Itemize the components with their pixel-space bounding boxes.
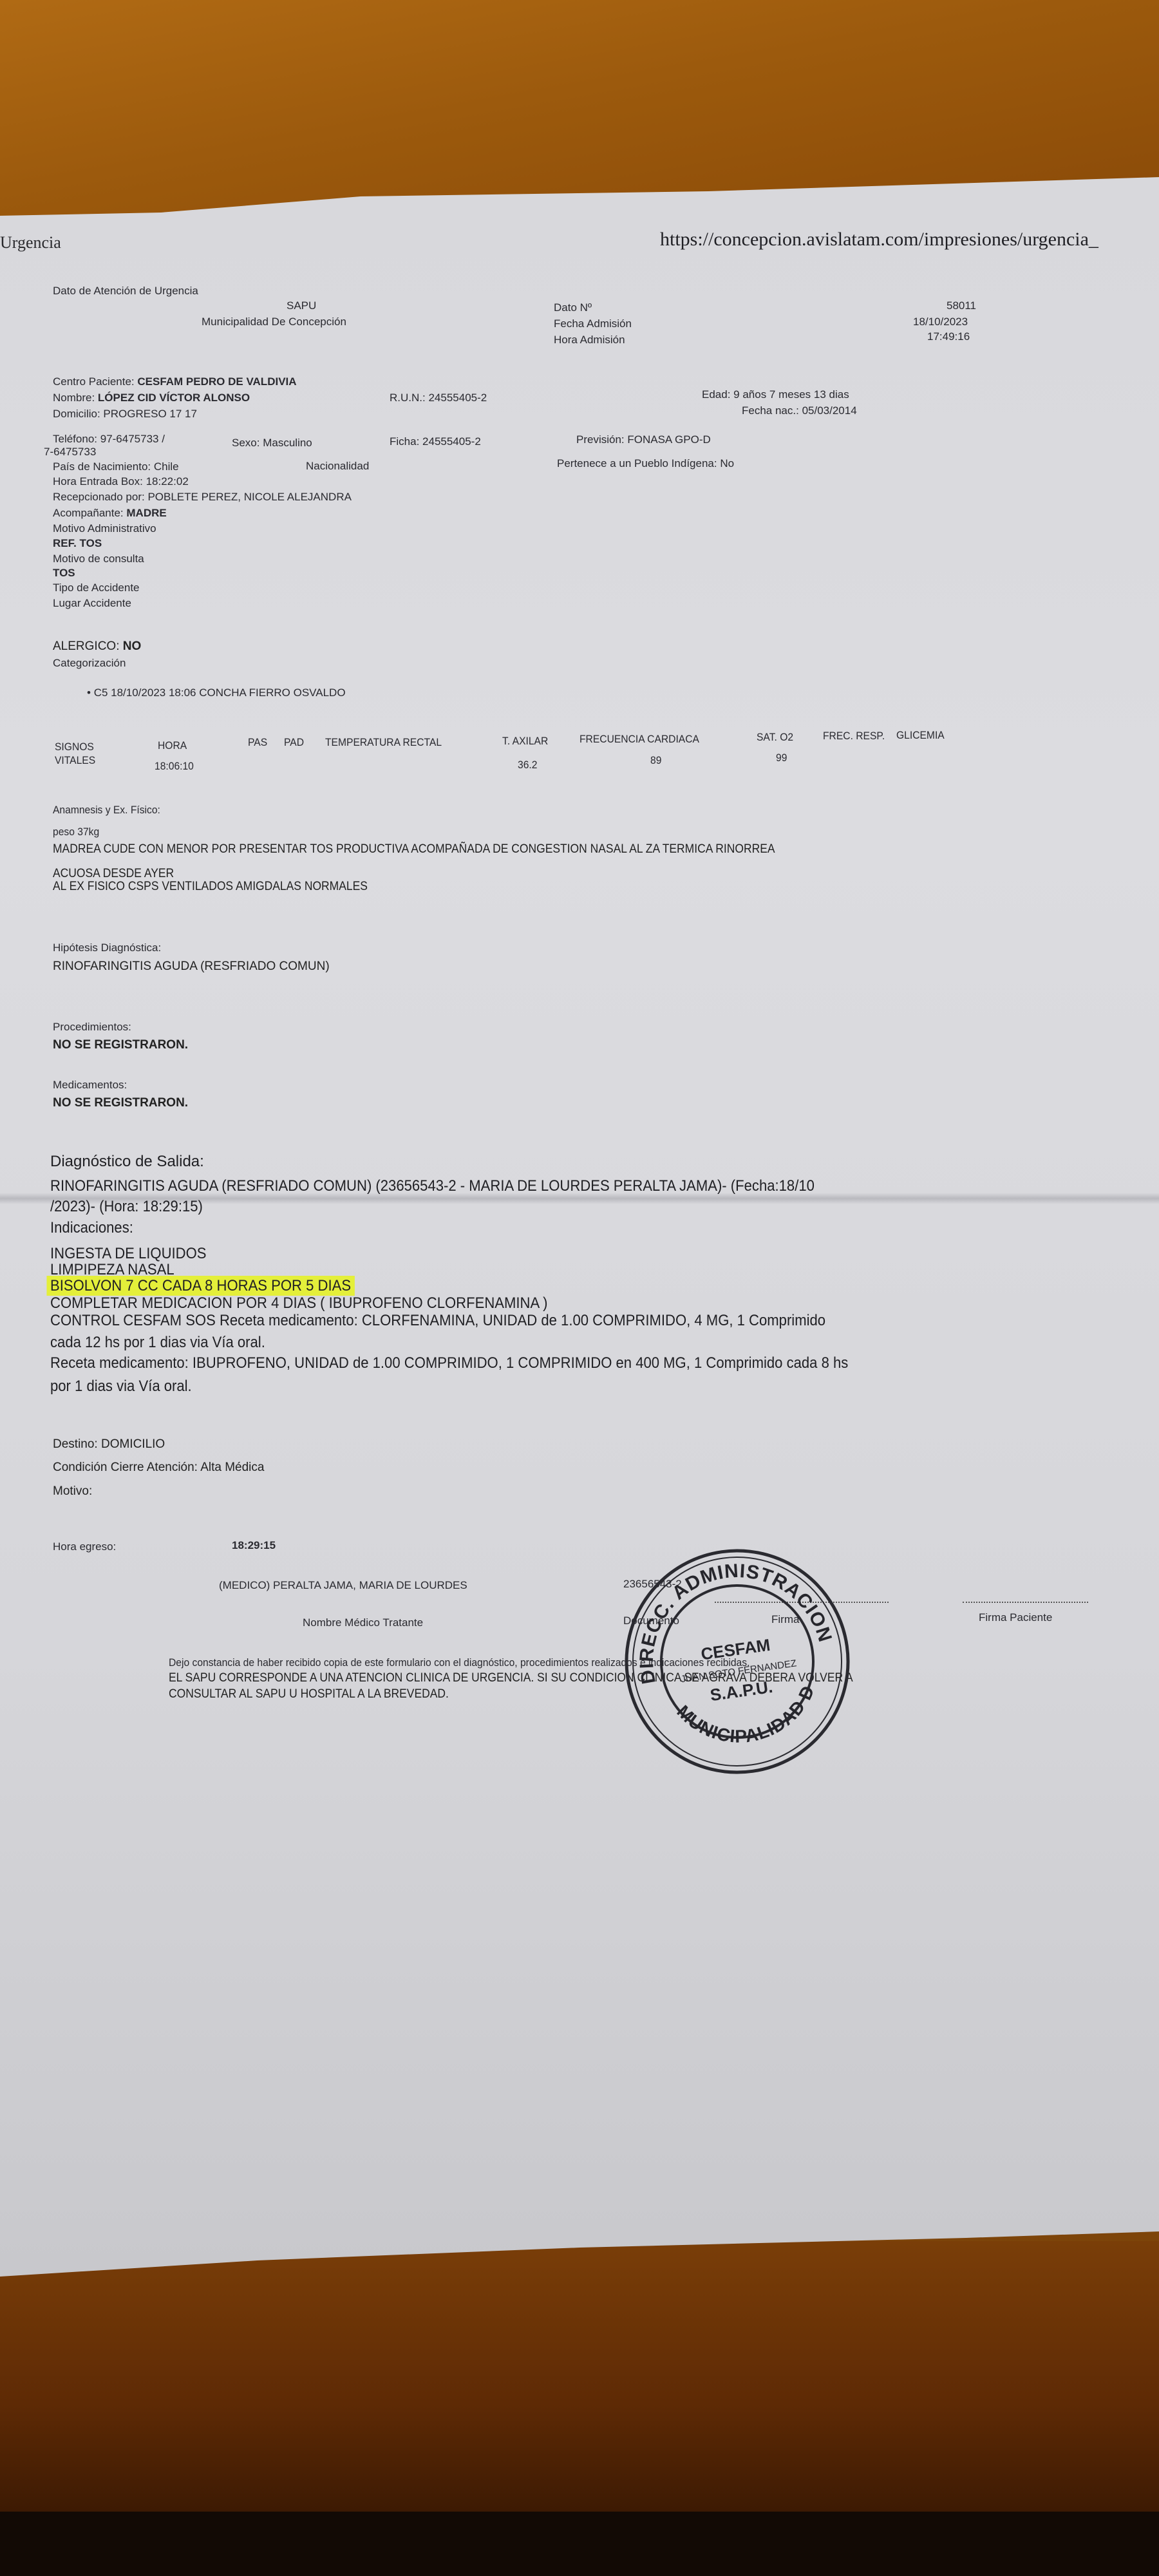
- pueblo-row: Pertenece a un Pueblo Indígena: No: [557, 457, 734, 470]
- dato-no-value: 58011: [947, 299, 976, 312]
- lugar-accidente-label: Lugar Accidente: [53, 597, 131, 610]
- vitals-col-frec-cardiaca: FRECUENCIA CARDIACA: [579, 733, 699, 746]
- motivo-admin-value: REF. TOS: [53, 537, 102, 550]
- fecha-admision-value: 18/10/2023: [913, 316, 968, 328]
- centro-row: Centro Paciente: CESFAM PEDRO DE VALDIVI…: [53, 375, 297, 388]
- condicion-cierre: Condición Cierre Atención: Alta Médica: [53, 1461, 264, 1475]
- ficha-value: 24555405-2: [422, 435, 481, 448]
- vitals-value-hora: 18:06:10: [155, 760, 194, 773]
- telefono-value-2: 7-6475733: [44, 446, 96, 459]
- vitals-label-2: VITALES: [55, 754, 95, 767]
- vitals-value-t-axilar: 36.2: [518, 759, 537, 772]
- motivo-admin-label: Motivo Administrativo: [53, 522, 156, 535]
- pais-value: Chile: [154, 460, 179, 473]
- vitals-col-pas: PAS: [248, 736, 267, 749]
- domicilio-row: Domicilio: PROGRESO 17 17: [53, 408, 197, 421]
- hora-box-row: Hora Entrada Box: 18:22:02: [53, 475, 189, 488]
- medico-tratante-name: (MEDICO) PERALTA JAMA, MARIA DE LOURDES: [219, 1579, 467, 1592]
- fecha-admision-label: Fecha Admisión: [554, 317, 632, 330]
- stamp-center-1: CESFAM: [700, 1635, 771, 1664]
- vitals-col-sat-o2: SAT. O2: [757, 731, 793, 744]
- tipo-accidente-label: Tipo de Accidente: [53, 582, 140, 594]
- indicacion-line-highlighted: BISOLVON 7 CC CADA 8 HORAS POR 5 DIAS: [50, 1277, 355, 1295]
- prevision-value: FONASA GPO-D: [627, 433, 710, 446]
- stamp-center-3: S.A.P.U.: [709, 1677, 774, 1705]
- firma-paciente-label: Firma Paciente: [979, 1611, 1052, 1624]
- destino: Destino: DOMICILIO: [53, 1437, 165, 1452]
- vitals-value-sat-o2: 99: [776, 752, 787, 764]
- municipality-name: Municipalidad De Concepción: [202, 316, 346, 328]
- indicaciones-label: Indicaciones:: [50, 1219, 133, 1237]
- vitals-col-frec-resp: FREC. RESP.: [823, 730, 885, 743]
- sexo-value: Masculino: [263, 437, 312, 449]
- anamnesis-line-2: ACUOSA DESDE AYER: [53, 867, 174, 881]
- vitals-label-1: SIGNOS: [55, 741, 94, 753]
- vitals-col-t-axilar: T. AXILAR: [502, 735, 548, 748]
- alergico-value: NO: [123, 639, 142, 653]
- anamnesis-line-1: MADREA CUDE CON MENOR POR PRESENTAR TOS …: [53, 842, 775, 857]
- hora-admision-value: 17:49:16: [927, 330, 970, 343]
- diagnostico-salida-line-2: /2023)- (Hora: 18:29:15): [50, 1198, 203, 1216]
- alergico-row: ALERGICO: NO: [53, 639, 141, 654]
- sexo-row: Sexo: Masculino: [232, 437, 312, 450]
- document: Urgencia https://concepcion.avislatam.co…: [0, 0, 1159, 2576]
- medicamentos-value: NO SE REGISTRARON.: [53, 1096, 188, 1110]
- recepcionado-row: Recepcionado por: POBLETE PEREZ, NICOLE …: [53, 491, 352, 504]
- highlighter-mark: BISOLVON 7 CC CADA 8 HORAS POR 5 DIAS: [46, 1276, 354, 1296]
- indicacion-line: COMPLETAR MEDICACION POR 4 DIAS ( IBUPRO…: [50, 1294, 547, 1312]
- recepcionado-value: POBLETE PEREZ, NICOLE ALEJANDRA: [147, 491, 351, 503]
- official-stamp: DIRECC. ADMINISTRACION DE SALUD MUNICIPA…: [618, 1542, 856, 1781]
- indicacion-line: CONTROL CESFAM SOS Receta medicamento: C…: [50, 1312, 825, 1330]
- indicacion-line: por 1 dias via Vía oral.: [50, 1378, 192, 1396]
- edad-value: 9 años 7 meses 13 dias: [733, 388, 849, 401]
- hipotesis-label: Hipótesis Diagnóstica:: [53, 942, 161, 954]
- ficha-row: Ficha: 24555405-2: [390, 435, 481, 448]
- pais-row: País de Nacimiento: Chile: [53, 460, 179, 473]
- bullet-icon: •: [87, 687, 91, 699]
- fecha-nac-value: 05/03/2014: [802, 404, 857, 417]
- firma-paciente-signature-line: [963, 1602, 1088, 1603]
- telefono-value-1: 97-6475733 /: [100, 433, 165, 445]
- nombre-row: Nombre: LÓPEZ CID VÍCTOR ALONSO: [53, 392, 250, 404]
- indicacion-line: cada 12 hs por 1 dias via Vía oral.: [50, 1334, 265, 1352]
- procedimientos-value: NO SE REGISTRARON.: [53, 1038, 188, 1052]
- disclaimer-line-3: CONSULTAR AL SAPU U HOSPITAL A LA BREVED…: [169, 1687, 449, 1701]
- motivo-consulta-value: TOS: [53, 567, 75, 580]
- nombre-medico-label: Nombre Médico Tratante: [303, 1616, 423, 1629]
- hora-egreso-value: 18:29:15: [232, 1539, 276, 1552]
- acompanante-value: MADRE: [126, 507, 166, 519]
- telefono-row: Teléfono: 97-6475733 /: [53, 433, 165, 446]
- prevision-row: Previsión: FONASA GPO-D: [576, 433, 711, 446]
- hora-egreso-label: Hora egreso:: [53, 1540, 116, 1553]
- vitals-col-glicemia: GLICEMIA: [896, 729, 945, 742]
- motivo-cierre: Motivo:: [53, 1484, 92, 1499]
- categorizacion-entry: • C5 18/10/2023 18:06 CONCHA FIERRO OSVA…: [87, 687, 346, 699]
- run-row: R.U.N.: 24555405-2: [390, 392, 487, 404]
- hipotesis-value: RINOFARINGITIS AGUDA (RESFRIADO COMUN): [53, 960, 330, 974]
- pueblo-value: No: [720, 457, 734, 469]
- hora-admision-label: Hora Admisión: [554, 334, 625, 346]
- anamnesis-peso: peso 37kg: [53, 826, 99, 838]
- motivo-consulta-label: Motivo de consulta: [53, 553, 144, 565]
- indicacion-line: Receta medicamento: IBUPROFENO, UNIDAD d…: [50, 1354, 848, 1372]
- medicamentos-label: Medicamentos:: [53, 1079, 127, 1092]
- categorizacion-label: Categorización: [53, 657, 126, 670]
- anamnesis-label: Anamnesis y Ex. Físico:: [53, 804, 160, 817]
- centro-value: CESFAM PEDRO DE VALDIVIA: [137, 375, 296, 388]
- diagnostico-salida-label: Diagnóstico de Salida:: [50, 1153, 204, 1171]
- print-header-title: Urgencia: [0, 233, 61, 252]
- vitals-value-frec-cardiaca: 89: [650, 754, 661, 767]
- run-value: 24555405-2: [428, 392, 487, 404]
- form-title: Dato de Atención de Urgencia: [53, 285, 198, 298]
- vitals-col-pad: PAD: [284, 736, 304, 749]
- domicilio-value: PROGRESO 17 17: [103, 408, 197, 420]
- indicacion-line: INGESTA DE LIQUIDOS: [50, 1245, 207, 1263]
- patient-name: LÓPEZ CID VÍCTOR ALONSO: [98, 392, 250, 404]
- nacionalidad-label: Nacionalidad: [306, 460, 369, 473]
- vitals-col-temp-rectal: TEMPERATURA RECTAL: [325, 736, 442, 749]
- procedimientos-label: Procedimientos:: [53, 1021, 131, 1034]
- dato-no-label: Dato Nº: [554, 301, 592, 314]
- acompanante-row: Acompañante: MADRE: [53, 507, 167, 520]
- institution-name: SAPU: [287, 299, 316, 312]
- print-header-url: https://concepcion.avislatam.com/impresi…: [660, 229, 1098, 251]
- anamnesis-line-3: AL EX FISICO CSPS VENTILADOS AMIGDALAS N…: [53, 880, 368, 894]
- hora-box-value: 18:22:02: [146, 475, 189, 488]
- vitals-col-hora: HORA: [158, 739, 187, 752]
- fecha-nac-row: Fecha nac.: 05/03/2014: [742, 404, 857, 417]
- edad-row: Edad: 9 años 7 meses 13 dias: [702, 388, 849, 401]
